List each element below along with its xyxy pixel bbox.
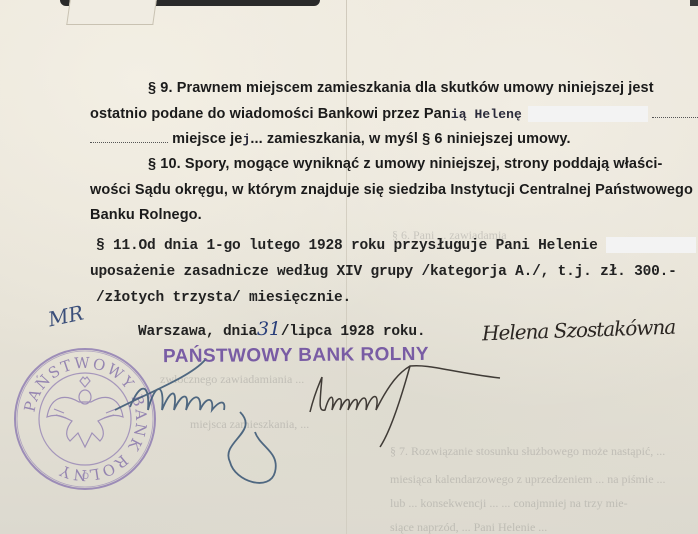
official-signatures: Michalski	[110, 352, 510, 502]
redacted-surname	[528, 106, 648, 122]
section-9-line-3: miejsce jej... zamieszkania, w myśl § 6 …	[90, 131, 571, 147]
redacted-surname	[606, 237, 696, 253]
section-10-line-2: wości Sądu okręgu, w którym znajduje się…	[90, 182, 693, 198]
handwritten-day: 31	[257, 318, 281, 340]
section-11-line-1-text: § 11.Od dnia 1-go lutego 1928 roku przys…	[96, 238, 598, 254]
right-signature	[310, 366, 500, 447]
date-line: Warszawa, dnia31/lipca 1928 roku.	[138, 318, 425, 340]
section-11-line-2: uposażenie zasadnicze według XIV grupy /…	[90, 264, 677, 280]
date-prefix: Warszawa, dnia	[138, 324, 257, 340]
left-signature	[115, 360, 276, 483]
section-9-line-1: § 9. Prawnem miejscem zamieszkania dla s…	[148, 80, 654, 96]
document-paper: § 6. Pani ... zawiadamia zwłocznego zawi…	[0, 0, 698, 534]
section-9-line-3-text: miejsce je	[168, 131, 242, 147]
ghost-text: siące naprzód, ... Pani Helenie ...	[390, 520, 547, 534]
section-9-line-2-text: ostatnio podane do wiadomości Bankowi pr…	[90, 106, 451, 122]
section-10-line-3: Banku Rolnego.	[90, 207, 202, 223]
section-9-line-2: ostatnio podane do wiadomości Bankowi pr…	[90, 106, 698, 122]
dotted-blank	[90, 132, 168, 143]
typed-name: ią Helenę	[451, 107, 522, 122]
section-10-line-1: § 10. Spory, mogące wyniknąć z umowy nin…	[148, 156, 663, 172]
dotted-blank	[652, 107, 698, 118]
margin-initials: MR	[46, 301, 86, 332]
section-9-line-3-text-b: ... zamieszkania, w myśl § 6 niniejszej …	[250, 131, 570, 147]
paper-tear	[66, 0, 157, 25]
date-suffix: /lipca 1928 roku.	[281, 324, 426, 340]
section-11-line-1: § 11.Od dnia 1-go lutego 1928 roku przys…	[96, 237, 696, 254]
background-edge-right	[690, 0, 698, 6]
recipient-signature: Helena Szostakówna	[482, 315, 676, 346]
section-11-line-3: /złotych trzysta/ miesięcznie.	[96, 290, 351, 306]
svg-text:O: O	[82, 472, 89, 482]
